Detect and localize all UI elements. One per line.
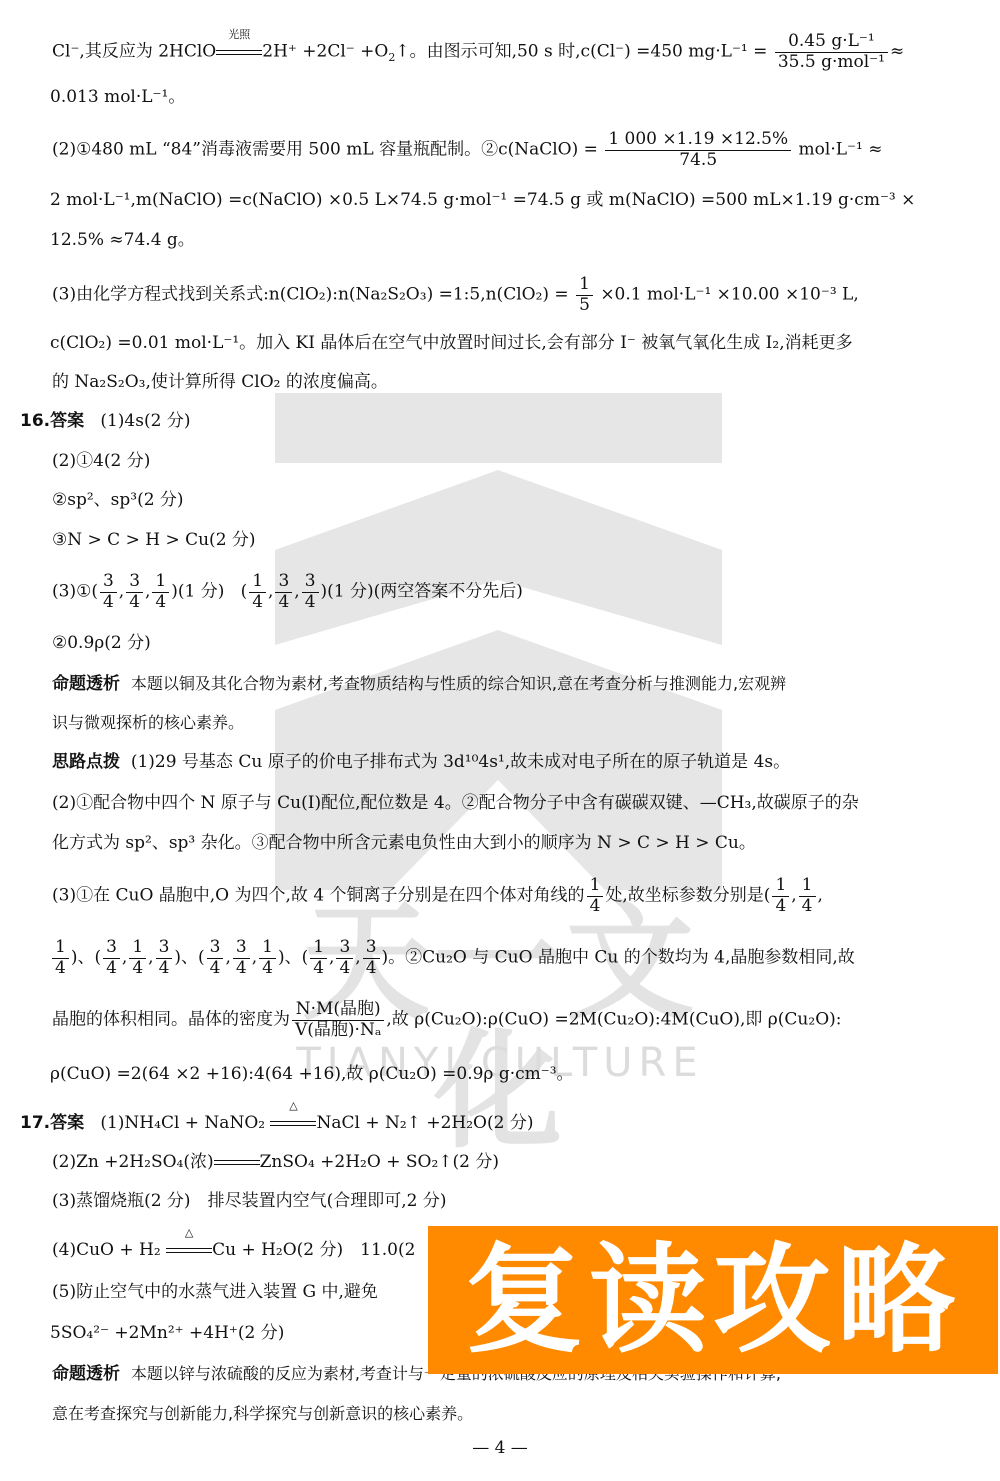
answer-label: 答案 — [50, 411, 84, 431]
q15-line-2: 0.013 mol·L⁻¹。 — [50, 87, 185, 107]
q17-answer-5: (5)防止空气中的水蒸气进入装置 G 中,避免 — [52, 1282, 378, 1302]
promo-overlay-text: 复读攻略 — [465, 1241, 961, 1359]
reaction-condition: 光照 — [216, 42, 262, 62]
denominator: 74.5 — [605, 151, 791, 171]
fraction: 34 — [100, 572, 117, 612]
q17-intent-line-2: 意在考查探究与创新能力,科学探究与创新意识的核心素养。 — [52, 1404, 473, 1423]
text: (3)①( — [52, 582, 98, 602]
q16-answer-3-2: ②0.9ρ(2 分) — [52, 633, 151, 653]
text: (4)CuO + H₂ — [52, 1240, 161, 1260]
text: ,故 ρ(Cu₂O):ρ(CuO) =2M(Cu₂O):4M(CuO),即 ρ(… — [386, 1010, 841, 1030]
text: ↑。由图示可知,50 s 时,c(Cl⁻) =450 mg·L⁻¹ = — [395, 42, 767, 62]
text: 晶胞的体积相同。晶体的密度为 — [52, 1010, 290, 1030]
reaction-condition — [214, 1152, 260, 1172]
denominator: V(晶胞)·Nₐ — [292, 1021, 384, 1041]
fraction: 34 — [302, 572, 319, 612]
q16-answer-2-1: (2)①4(2 分) — [52, 451, 150, 471]
q16-hint-3-line-3: 晶胞的体积相同。晶体的密度为N·M(晶胞)V(晶胞)·Nₐ,故 ρ(Cu₂O):… — [52, 1000, 842, 1040]
q15-line-1: Cl⁻,其反应为 2HClO光照2H⁺ +2Cl⁻ +O2↑。由图示可知,50 … — [52, 32, 904, 72]
section-label: 命题透析 — [52, 1364, 120, 1384]
question-number: 17. — [20, 1113, 50, 1133]
text: (2)①480 mL “84”消毒液需要用 500 mL 容量瓶配制。②c(Na… — [52, 140, 598, 160]
text: (1)NH₄Cl + NaNO₂ — [100, 1113, 265, 1133]
text: (3)①在 CuO 晶胞中,O 为四个,故 4 个铜离子分别是在四个体对角线的 — [52, 886, 585, 906]
reaction-condition: △ — [270, 1113, 316, 1133]
section-label: 思路点拨 — [52, 752, 120, 772]
promo-overlay-banner: 复读攻略 — [428, 1226, 998, 1374]
denominator: 35.5 g·mol⁻¹ — [775, 53, 888, 73]
q16-hint-2-line-1: (2)①配合物中四个 N 原子与 Cu(I)配位,配位数是 4。②配合物分子中含… — [52, 793, 859, 813]
numerator: 1 000 ×1.19 ×12.5% — [605, 130, 791, 151]
q16-hint-3-line-2: 14)、(34,14,34)、(34,34,14)、(14,34,34)。②Cu… — [50, 938, 855, 978]
fraction: 1 000 ×1.19 ×12.5%74.5 — [605, 130, 791, 170]
text: )(1 分) — [171, 582, 224, 602]
fraction: N·M(晶胞)V(晶胞)·Nₐ — [292, 1000, 384, 1040]
text: 。②Cu₂O 与 CuO 晶胞中 Cu 的个数均为 4,晶胞参数相同,故 — [388, 948, 855, 968]
q17-answer-3: (3)蒸馏烧瓶(2 分) 排尽装置内空气(合理即可,2 分) — [52, 1191, 446, 1211]
section-label: 命题透析 — [52, 674, 120, 694]
equals-sign — [216, 50, 262, 55]
fraction: 14 — [772, 876, 789, 916]
fraction: 14 — [152, 572, 169, 612]
text: NaCl + N₂↑ +2H₂O(2 分) — [316, 1113, 533, 1133]
q15-part2-line-3: 12.5% ≈74.4 g。 — [50, 230, 195, 250]
q15-part3-line-3: 的 Na₂S₂O₃,使计算所得 ClO₂ 的浓度偏高。 — [52, 372, 388, 392]
text: mol·L⁻¹ ≈ — [799, 140, 883, 160]
q15-part2-line-1: (2)①480 mL “84”消毒液需要用 500 mL 容量瓶配制。②c(Na… — [52, 130, 882, 170]
question-number: 16. — [20, 411, 50, 431]
page-number: — 4 — — [0, 1438, 1000, 1458]
text: Cu + H₂O(2 分) 11.0(2 — [212, 1240, 415, 1260]
q16-answer-3-1: (3)①(34,34,14)(1 分) (14,34,34)(1 分)(两空答案… — [52, 572, 523, 612]
condition-label: △ — [270, 1099, 316, 1112]
text: 2H⁺ +2Cl⁻ +O — [262, 42, 388, 62]
q17-answer-5-line-2: 5SO₄²⁻ +2Mn²⁺ +4H⁺(2 分) — [50, 1323, 284, 1343]
q16-hint: 思路点拨 (1)29 号基态 Cu 原子的价电子排布式为 3d¹⁰4s¹,故未成… — [52, 752, 790, 772]
equals-sign — [214, 1160, 260, 1165]
condition-label: △ — [166, 1226, 212, 1239]
equals-sign — [166, 1248, 212, 1253]
q15-part3-line-2: c(ClO₂) =0.01 mol·L⁻¹。加入 KI 晶体后在空气中放置时间过… — [50, 333, 853, 353]
text: (2)Zn +2H₂SO₄(浓) — [52, 1152, 214, 1172]
q16-answer-2-3: ③N > C > H > Cu(2 分) — [52, 530, 256, 550]
text: 处,故坐标参数分别是( — [605, 886, 770, 906]
q17-answer-2: (2)Zn +2H₂SO₄(浓)ZnSO₄ +2H₂O + SO₂↑(2 分) — [52, 1152, 499, 1172]
q17-answer-4: (4)CuO + H₂ △Cu + H₂O(2 分) 11.0(2 — [52, 1240, 415, 1260]
watermark-bar — [275, 393, 722, 463]
text: )(1 分)(两空答案不分先后) — [321, 582, 523, 602]
text: Cl⁻,其反应为 2HClO — [52, 42, 216, 62]
reaction-condition: △ — [166, 1240, 212, 1260]
q16-answer-2-2: ②sp²、sp³(2 分) — [52, 490, 184, 510]
text: ×0.1 mol·L⁻¹ ×10.00 ×10⁻³ L, — [600, 285, 858, 305]
numerator: 0.45 g·L⁻¹ — [775, 32, 888, 53]
fraction: 15 — [576, 275, 593, 315]
text: ZnSO₄ +2H₂O + SO₂↑(2 分) — [260, 1152, 499, 1172]
numerator: 1 — [576, 275, 593, 296]
q16-hint-3-line-4: ρ(CuO) =2(64 ×2 +16):4(64 +16),故 ρ(Cu₂O)… — [50, 1064, 574, 1084]
text: (1)29 号基态 Cu 原子的价电子排布式为 3d¹⁰4s¹,故未成对电子所在… — [131, 752, 790, 772]
q16-answer-line-1: 16.答案 (1)4s(2 分) — [20, 411, 190, 431]
equals-sign — [270, 1121, 316, 1126]
numerator: N·M(晶胞) — [292, 1000, 384, 1021]
fraction: 0.45 g·L⁻¹35.5 g·mol⁻¹ — [775, 32, 888, 72]
q16-intent: 命题透析 本题以铜及其化合物为素材,考查物质结构与性质的综合知识,意在考查分析与… — [52, 674, 786, 694]
fraction: 34 — [275, 572, 292, 612]
q17-answer-line-1: 17.答案 (1)NH₄Cl + NaNO₂ △NaCl + N₂↑ +2H₂O… — [20, 1113, 533, 1133]
condition-label: 光照 — [216, 28, 262, 41]
text: ≈ — [890, 42, 904, 62]
fraction: 14 — [52, 938, 69, 978]
answer-text: (1)4s(2 分) — [100, 411, 190, 431]
fraction: 14 — [249, 572, 266, 612]
q16-hint-3-line-1: (3)①在 CuO 晶胞中,O 为四个,故 4 个铜离子分别是在四个体对角线的1… — [52, 876, 823, 916]
fraction: 14 — [587, 876, 604, 916]
q16-hint-2-line-2: 化方式为 sp²、sp³ 杂化。③配合物中所含元素电负性由大到小的顺序为 N >… — [52, 833, 756, 853]
answer-label: 答案 — [50, 1113, 84, 1133]
text: 本题以铜及其化合物为素材,考查物质结构与性质的综合知识,意在考查分析与推测能力,… — [131, 674, 786, 693]
q16-intent-line-2: 识与微观探析的核心素养。 — [52, 713, 244, 732]
fraction: 34 — [126, 572, 143, 612]
q15-part2-line-2: 2 mol·L⁻¹,m(NaClO) =c(NaClO) ×0.5 L×74.5… — [50, 190, 915, 210]
q15-part3-line-1: (3)由化学方程式找到关系式:n(ClO₂):n(Na₂S₂O₃) =1:5,n… — [52, 275, 859, 315]
denominator: 5 — [576, 296, 593, 316]
text: (3)由化学方程式找到关系式:n(ClO₂):n(Na₂S₂O₃) =1:5,n… — [52, 285, 569, 305]
fraction: 14 — [799, 876, 816, 916]
